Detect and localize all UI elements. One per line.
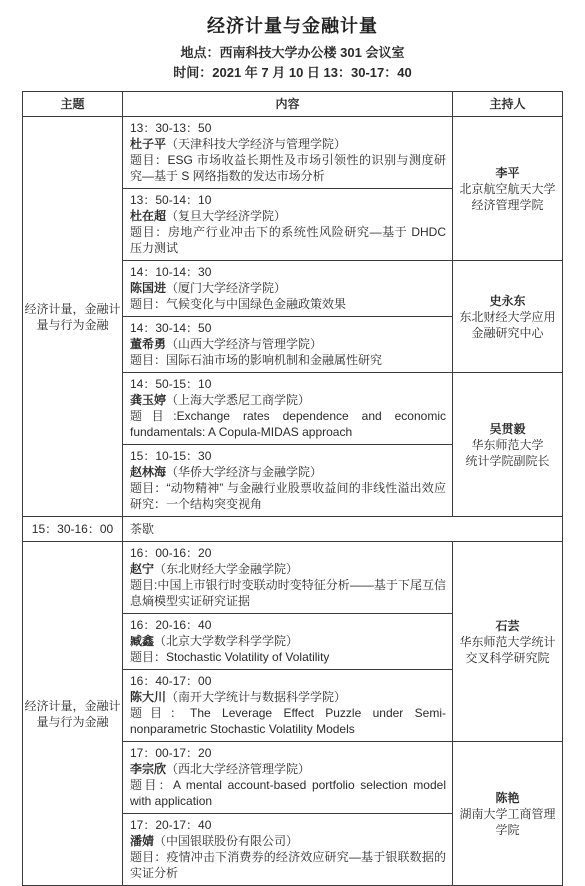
table-header-row: 主题 内容 主持人 bbox=[23, 92, 563, 117]
host-org: 华东师范大学 bbox=[456, 437, 559, 453]
table-row: 经济计量，金融计量与行为金融 16：00-16：20 赵宁（东北财经大学金融学院… bbox=[23, 542, 563, 614]
speaker-name: 杜在超 bbox=[130, 209, 166, 223]
talk-title: 题目：“动物精神” 与金融行业股票收益间的非线性溢出效应研究：一个结构突变视角 bbox=[130, 480, 446, 512]
speaker-affiliation: （复旦大学经济学院） bbox=[166, 209, 286, 223]
talk-title: 题目：The Leverage Effect Puzzle under Semi… bbox=[130, 705, 446, 737]
talk-speaker-line: 陈大川（南开大学统计与数据科学学院） bbox=[130, 689, 446, 705]
document-header: 经济计量与金融计量 地点：西南科技大学办公楼 301 会议室 时间：2021 年… bbox=[0, 12, 585, 83]
talk-speaker-line: 陈国进（厦门大学经济学院） bbox=[130, 280, 446, 296]
schedule-table: 主题 内容 主持人 经济计量，金融计量与行为金融 13：30-13：50 杜子平… bbox=[22, 91, 563, 886]
talk-title: 题目：疫情冲击下消费券的经济效应研究—基于银联数据的实证分析 bbox=[130, 849, 446, 881]
tea-break-row: 15：30-16：00 茶歇 bbox=[23, 517, 563, 542]
talk-time: 16：40-17：00 bbox=[130, 673, 446, 689]
speaker-name: 李宗欣 bbox=[130, 762, 166, 776]
host-org: 北京航空航天大学 bbox=[456, 181, 559, 197]
talk-cell: 16：40-17：00 陈大川（南开大学统计与数据科学学院） 题目：The Le… bbox=[123, 670, 453, 742]
talk-cell: 16：00-16：20 赵宁（东北财经大学金融学院） 题目:中国上市银行时变联动… bbox=[123, 542, 453, 614]
talk-cell: 14：30-14：50 董希勇（山西大学经济与管理学院） 题目：国际石油市场的影… bbox=[123, 317, 453, 373]
page-title: 经济计量与金融计量 bbox=[0, 12, 585, 38]
talk-cell: 16：20-16：40 臧鑫（北京大学数学科学学院） 题目：Stochastic… bbox=[123, 614, 453, 670]
talk-time: 13：30-13：50 bbox=[130, 120, 446, 136]
talk-cell: 13：50-14：10 杜在超（复旦大学经济学院） 题目：房地产行业冲击下的系统… bbox=[123, 189, 453, 261]
talk-speaker-line: 赵宁（东北财经大学金融学院） bbox=[130, 561, 446, 577]
col-header-topic: 主题 bbox=[23, 92, 123, 117]
host-org: 统计学院副院长 bbox=[456, 453, 559, 469]
talk-title: 题目:中国上市银行时变联动时变特征分析——基于下尾互信息熵模型实证研究证据 bbox=[130, 577, 446, 609]
host-org: 湖南大学工商管理 bbox=[456, 806, 559, 822]
break-time-cell: 15：30-16：00 bbox=[23, 517, 123, 542]
speaker-affiliation: （北京大学数学科学学院） bbox=[154, 634, 298, 648]
host-org: 金融研究中心 bbox=[456, 325, 559, 341]
speaker-name: 董希勇 bbox=[130, 337, 166, 351]
talk-cell: 17：00-17：20 李宗欣（西北大学经济管理学院） 题目：A mental … bbox=[123, 742, 453, 814]
host-name: 石芸 bbox=[456, 618, 559, 634]
talk-time: 14：50-15：10 bbox=[130, 376, 446, 392]
speaker-name: 陈大川 bbox=[130, 690, 166, 704]
speaker-affiliation: （厦门大学经济学院） bbox=[166, 281, 286, 295]
host-org: 学院 bbox=[456, 822, 559, 838]
host-name: 李平 bbox=[456, 165, 559, 181]
speaker-affiliation: （南开大学统计与数据科学学院） bbox=[166, 690, 346, 704]
talk-title: 题目：国际石油市场的影响机制和金融属性研究 bbox=[130, 352, 446, 368]
location-line: 地点：西南科技大学办公楼 301 会议室 bbox=[0, 43, 585, 63]
talk-speaker-line: 董希勇（山西大学经济与管理学院） bbox=[130, 336, 446, 352]
talk-title: 题目:Exchange rates dependence and economi… bbox=[130, 408, 446, 440]
talk-time: 17：00-17：20 bbox=[130, 745, 446, 761]
talk-cell: 17：20-17：40 潘婧（中国银联股份有限公司） 题目：疫情冲击下消费券的经… bbox=[123, 814, 453, 886]
speaker-affiliation: （华侨大学经济与金融学院） bbox=[166, 465, 322, 479]
talk-time: 17：20-17：40 bbox=[130, 817, 446, 833]
talk-speaker-line: 臧鑫（北京大学数学科学学院） bbox=[130, 633, 446, 649]
host-cell: 石芸 华东师范大学统计 交叉科学研究院 bbox=[453, 542, 563, 742]
speaker-name: 陈国进 bbox=[130, 281, 166, 295]
speaker-name: 杜子平 bbox=[130, 137, 166, 151]
session2-topic-cell: 经济计量，金融计量与行为金融 bbox=[23, 542, 123, 886]
host-cell: 李平 北京航空航天大学 经济管理学院 bbox=[453, 117, 563, 261]
talk-time: 16：00-16：20 bbox=[130, 545, 446, 561]
talk-speaker-line: 潘婧（中国银联股份有限公司） bbox=[130, 833, 446, 849]
time-line: 时间：2021 年 7 月 10 日 13：30-17：40 bbox=[0, 63, 585, 83]
talk-title: 题目：A mental account-based portfolio sele… bbox=[130, 777, 446, 809]
talk-time: 16：20-16：40 bbox=[130, 617, 446, 633]
break-label-cell: 茶歇 bbox=[123, 517, 563, 542]
speaker-name: 赵林海 bbox=[130, 465, 166, 479]
host-org: 华东师范大学统计 bbox=[456, 634, 559, 650]
host-name: 吴贯毅 bbox=[456, 421, 559, 437]
speaker-name: 潘婧 bbox=[130, 834, 154, 848]
talk-time: 14：10-14：30 bbox=[130, 264, 446, 280]
speaker-affiliation: （西北大学经济管理学院） bbox=[166, 762, 310, 776]
talk-speaker-line: 杜子平（天津科技大学经济与管理学院） bbox=[130, 136, 446, 152]
speaker-name: 赵宁 bbox=[130, 562, 154, 576]
speaker-affiliation: （上海大学悉尼工商学院） bbox=[166, 393, 310, 407]
speaker-affiliation: （东北财经大学金融学院） bbox=[154, 562, 298, 576]
talk-speaker-line: 李宗欣（西北大学经济管理学院） bbox=[130, 761, 446, 777]
speaker-affiliation: （天津科技大学经济与管理学院） bbox=[166, 137, 346, 151]
host-cell: 史永东 东北财经大学应用 金融研究中心 bbox=[453, 261, 563, 373]
speaker-affiliation: （山西大学经济与管理学院） bbox=[166, 337, 322, 351]
host-cell: 陈艳 湖南大学工商管理 学院 bbox=[453, 742, 563, 886]
talk-time: 14：30-14：50 bbox=[130, 320, 446, 336]
talk-speaker-line: 杜在超（复旦大学经济学院） bbox=[130, 208, 446, 224]
speaker-name: 龚玉婷 bbox=[130, 393, 166, 407]
session1-topic-cell: 经济计量，金融计量与行为金融 bbox=[23, 117, 123, 517]
talk-title: 题目：气候变化与中国绿色金融政策效果 bbox=[130, 296, 446, 312]
table-row: 经济计量，金融计量与行为金融 13：30-13：50 杜子平（天津科技大学经济与… bbox=[23, 117, 563, 189]
talk-title: 题目：Stochastic Volatility of Volatility bbox=[130, 649, 446, 665]
talk-cell: 14：10-14：30 陈国进（厦门大学经济学院） 题目：气候变化与中国绿色金融… bbox=[123, 261, 453, 317]
host-name: 陈艳 bbox=[456, 790, 559, 806]
col-header-host: 主持人 bbox=[453, 92, 563, 117]
host-org: 经济管理学院 bbox=[456, 197, 559, 213]
talk-cell: 15：10-15：30 赵林海（华侨大学经济与金融学院） 题目：“动物精神” 与… bbox=[123, 445, 453, 517]
talk-speaker-line: 赵林海（华侨大学经济与金融学院） bbox=[130, 464, 446, 480]
talk-speaker-line: 龚玉婷（上海大学悉尼工商学院） bbox=[130, 392, 446, 408]
talk-time: 15：10-15：30 bbox=[130, 448, 446, 464]
talk-cell: 14：50-15：10 龚玉婷（上海大学悉尼工商学院） 题目:Exchange … bbox=[123, 373, 453, 445]
speaker-affiliation: （中国银联股份有限公司） bbox=[154, 834, 298, 848]
talk-cell: 13：30-13：50 杜子平（天津科技大学经济与管理学院） 题目：ESG 市场… bbox=[123, 117, 453, 189]
speaker-name: 臧鑫 bbox=[130, 634, 154, 648]
host-cell: 吴贯毅 华东师范大学 统计学院副院长 bbox=[453, 373, 563, 517]
talk-title: 题目：房地产行业冲击下的系统性风险研究—基于 DHDC 压力测试 bbox=[130, 224, 446, 256]
host-org: 东北财经大学应用 bbox=[456, 309, 559, 325]
talk-time: 13：50-14：10 bbox=[130, 192, 446, 208]
col-header-content: 内容 bbox=[123, 92, 453, 117]
talk-title: 题目：ESG 市场收益长期性及市场引领性的识别与测度研究—基于 S 网络指数的发… bbox=[130, 152, 446, 184]
host-org: 交叉科学研究院 bbox=[456, 650, 559, 666]
host-name: 史永东 bbox=[456, 293, 559, 309]
